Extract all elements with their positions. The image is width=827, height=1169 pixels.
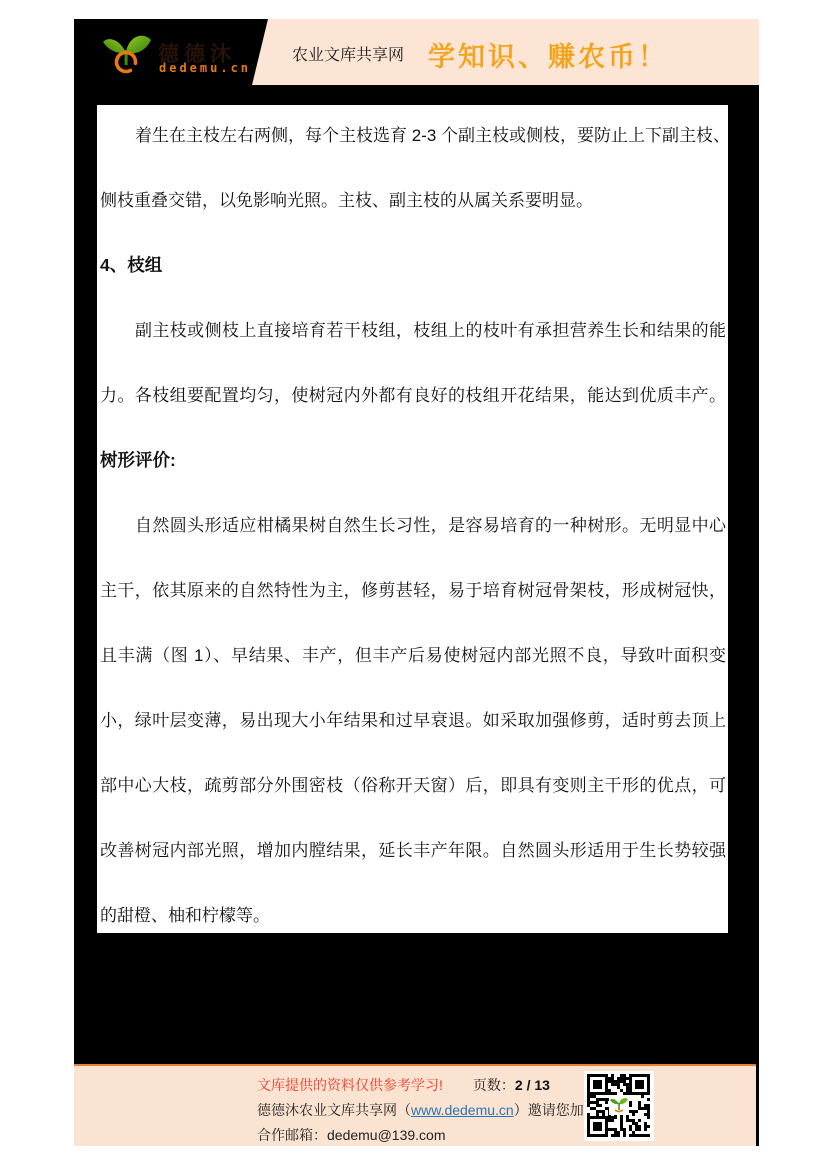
footer-invite-line: 德德沐农业文库共享网（www.dedemu.cn）邀请您加入☞ (257, 1098, 610, 1123)
section-heading: 树形评价: (100, 428, 726, 493)
text-line: 部中心大枝，疏剪部分外围密枝（俗称开天窗）后，即具有变则主干形的优点，可 (100, 753, 726, 818)
logo-area: 德德沐 dedemu.cn (74, 19, 252, 85)
site-name: 农业文库共享网 (292, 42, 404, 65)
header-banner: 德德沐 dedemu.cn 农业文库共享网 学知识、赚农币！ (74, 19, 759, 85)
site-slogan: 学知识、赚农币！ (428, 35, 668, 74)
text-line: 副主枝或侧枝上直接培育若干枝组，枝组上的枝叶有承担营养生长和结果的能 (100, 298, 726, 363)
footer-disclaimer-line: 文库提供的资料仅供参考学习!页数：2 / 13 (257, 1073, 610, 1098)
text-line: 主干，依其原来的自然特性为主，修剪甚轻，易于培育树冠骨架枝，形成树冠快， (100, 558, 726, 623)
dedemu-sprout-logo-icon (101, 31, 153, 77)
qr-center-logo-icon (609, 1095, 629, 1115)
footer-text: 文库提供的资料仅供参考学习!页数：2 / 13 德德沐农业文库共享网（www.d… (257, 1073, 610, 1148)
pages-label: 页数： (473, 1077, 515, 1093)
text-line: 力。各枝组要配置均匀，使树冠内外都有良好的枝组开花结果，能达到优质丰产。 (100, 363, 726, 428)
footer-disclaimer: 文库提供的资料仅供参考学习! (257, 1077, 443, 1093)
invite-link[interactable]: www.dedemu.cn (411, 1102, 514, 1118)
text-line: 改善树冠内部光照，增加内膛结果，延长丰产年限。自然圆头形适用于生长势较强 (100, 818, 726, 883)
text-line: 小，绿叶层变薄，易出现大小年结果和过早衰退。如采取加强修剪，适时剪去顶上 (100, 688, 726, 753)
section-heading: 4、枝组 (100, 233, 726, 298)
banner-strip: 农业文库共享网 学知识、赚农币！ (252, 19, 759, 85)
page-canvas: 德德沐 dedemu.cn 农业文库共享网 学知识、赚农币！ 着生在主枝左右两侧… (0, 0, 827, 1169)
text-line: 着生在主枝左右两侧，每个主枝选育 2-3 个副主枝或侧枝，要防止上下副主枝、 (100, 105, 726, 168)
qr-code (584, 1071, 654, 1141)
text-line: 自然圆头形适应柑橘果树自然生长习性，是容易培育的一种树形。无明显中心 (100, 493, 726, 558)
text-line: 侧枝重叠交错，以免影响光照。主枝、副主枝的从属关系要明显。 (100, 168, 726, 233)
document-page: 着生在主枝左右两侧，每个主枝选育 2-3 个副主枝或侧枝，要防止上下副主枝、 侧… (97, 105, 728, 933)
document-sheet: 德德沐 dedemu.cn 农业文库共享网 学知识、赚农币！ 着生在主枝左右两侧… (74, 19, 759, 1146)
footer-bar: 文库提供的资料仅供参考学习!页数：2 / 13 德德沐农业文库共享网（www.d… (74, 1064, 756, 1146)
footer-contact-line: 合作邮箱：dedemu@139.com (257, 1123, 610, 1148)
text-line: 且丰满（图 1）、早结果、丰产，但丰产后易使树冠内部光照不良，导致叶面积变 (100, 623, 726, 688)
text-line: 的甜橙、柚和柠檬等。 (100, 883, 726, 933)
pages-value: 2 / 13 (515, 1077, 550, 1093)
invite-prefix: 德德沐农业文库共享网（ (257, 1102, 411, 1118)
document-text: 着生在主枝左右两侧，每个主枝选育 2-3 个副主枝或侧枝，要防止上下副主枝、 侧… (100, 105, 726, 933)
brand-domain: dedemu.cn (159, 61, 251, 75)
